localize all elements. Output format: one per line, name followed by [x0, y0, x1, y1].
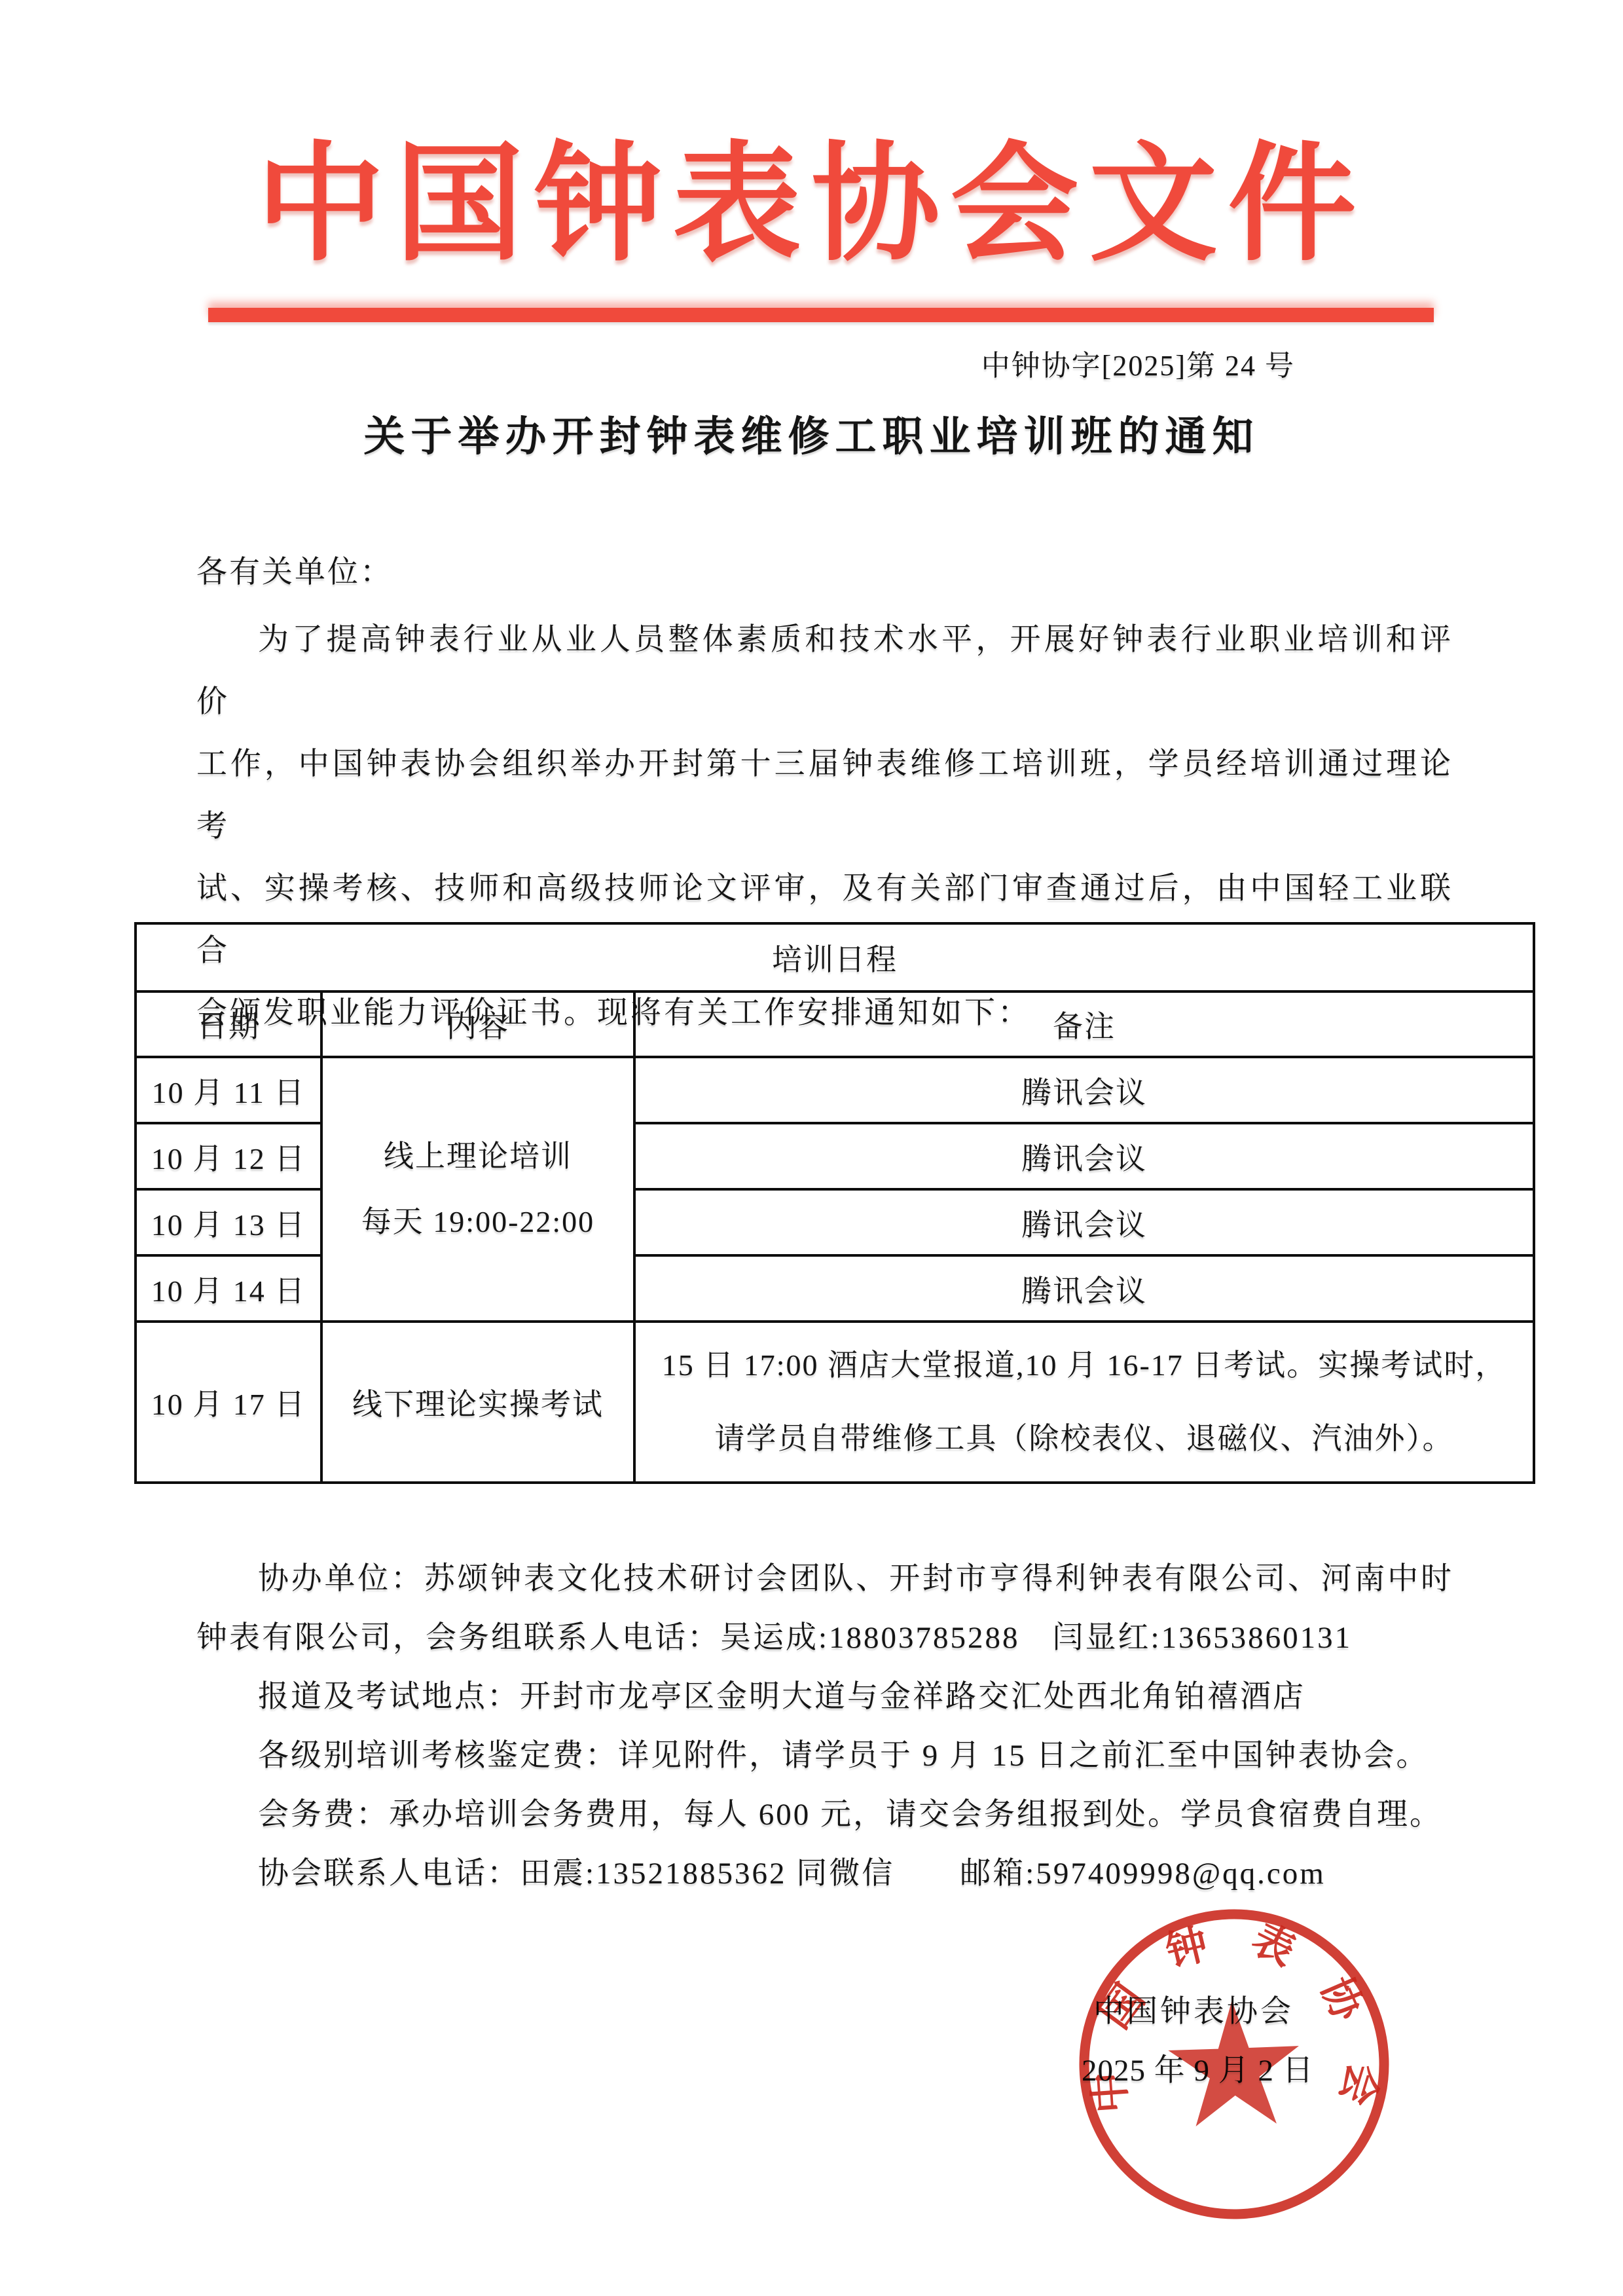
- cell-note: 腾讯会议: [634, 1057, 1534, 1123]
- exam-note-line: 请学员自带维修工具（除校表仪、退磁仪、汽油外）。: [636, 1402, 1533, 1475]
- table-row: 10 月 11 日 线上理论培训 每天 19:00-22:00 腾讯会议: [136, 1057, 1534, 1123]
- table-exam-row: 10 月 17 日 线下理论实操考试 15 日 17:00 酒店大堂报道,10 …: [136, 1322, 1534, 1483]
- cell-note: 腾讯会议: [634, 1255, 1534, 1322]
- letterhead-title: 中国钟表协会文件: [0, 134, 1623, 278]
- co-organizers-line: 协办单位：苏颂钟表文化技术研讨会团队、开封市亨得利钟表有限公司、河南中时: [196, 1549, 1453, 1608]
- venue-line: 报道及考试地点：开封市龙亭区金明大道与金祥路交汇处西北角铂禧酒店: [196, 1667, 1453, 1726]
- seal-star-icon: [1167, 1999, 1302, 2128]
- paragraph-line: 为了提高钟表行业从业人员整体素质和技术水平，开展好钟表行业职业培训和评价: [196, 609, 1453, 733]
- cell-date: 10 月 12 日: [136, 1123, 321, 1189]
- online-content-line: 线上理论培训: [323, 1124, 633, 1189]
- cell-date: 10 月 17 日: [136, 1322, 321, 1483]
- col-header-content: 内容: [321, 991, 634, 1057]
- cell-date: 10 月 11 日: [136, 1057, 321, 1123]
- cell-online-content: 线上理论培训 每天 19:00-22:00: [321, 1057, 634, 1322]
- conference-fee-line: 会务费：承办培训会务费用，每人 600 元，请交会务组报到处。学员食宿费自理。: [196, 1785, 1453, 1844]
- table-header-row: 日期 内容 备注: [136, 991, 1534, 1057]
- document-number: 中钟协字[2025]第 24 号: [981, 342, 1295, 384]
- exam-note-line: 15 日 17:00 酒店大堂报道,10 月 16-17 日考试。实操考试时，: [636, 1329, 1533, 1402]
- online-content-line: 每天 19:00-22:00: [323, 1189, 633, 1255]
- document-page: 中国钟表协会文件 中钟协字[2025]第 24 号 关于举办开封钟表维修工职业培…: [0, 0, 1623, 2296]
- official-seal: 中国钟表协会: [1058, 1888, 1410, 2240]
- cell-exam-note: 15 日 17:00 酒店大堂报道,10 月 16-17 日考试。实操考试时， …: [634, 1322, 1534, 1483]
- salutation: 各有关单位：: [196, 547, 393, 591]
- cell-date: 10 月 13 日: [136, 1189, 321, 1255]
- table-title: 培训日程: [136, 923, 1534, 991]
- contact-phones-line: 钟表有限公司，会务组联系人电话：吴运成:18803785288 闫显红:1365…: [196, 1608, 1453, 1667]
- training-schedule-table: 培训日程 日期 内容 备注 10 月 11 日 线上理论培训 每天 19:00-…: [134, 922, 1535, 1484]
- cell-exam-content: 线下理论实操考试: [321, 1322, 634, 1483]
- cell-date: 10 月 14 日: [136, 1255, 321, 1322]
- col-header-date: 日期: [136, 991, 321, 1057]
- fee-notice-line: 各级别培训考核鉴定费：详见附件，请学员于 9 月 15 日之前汇至中国钟表协会。: [196, 1726, 1453, 1785]
- cell-note: 腾讯会议: [634, 1123, 1534, 1189]
- cell-note: 腾讯会议: [634, 1189, 1534, 1255]
- red-divider-line: [208, 308, 1434, 322]
- table-caption-row: 培训日程: [136, 923, 1534, 991]
- notice-title: 关于举办开封钟表维修工职业培训班的通知: [0, 403, 1623, 463]
- col-header-note: 备注: [634, 991, 1534, 1057]
- details-block: 协办单位：苏颂钟表文化技术研讨会团队、开封市亨得利钟表有限公司、河南中时 钟表有…: [196, 1549, 1453, 1903]
- paragraph-line: 工作，中国钟表协会组织举办开封第十三届钟表维修工培训班，学员经培训通过理论考: [196, 733, 1453, 858]
